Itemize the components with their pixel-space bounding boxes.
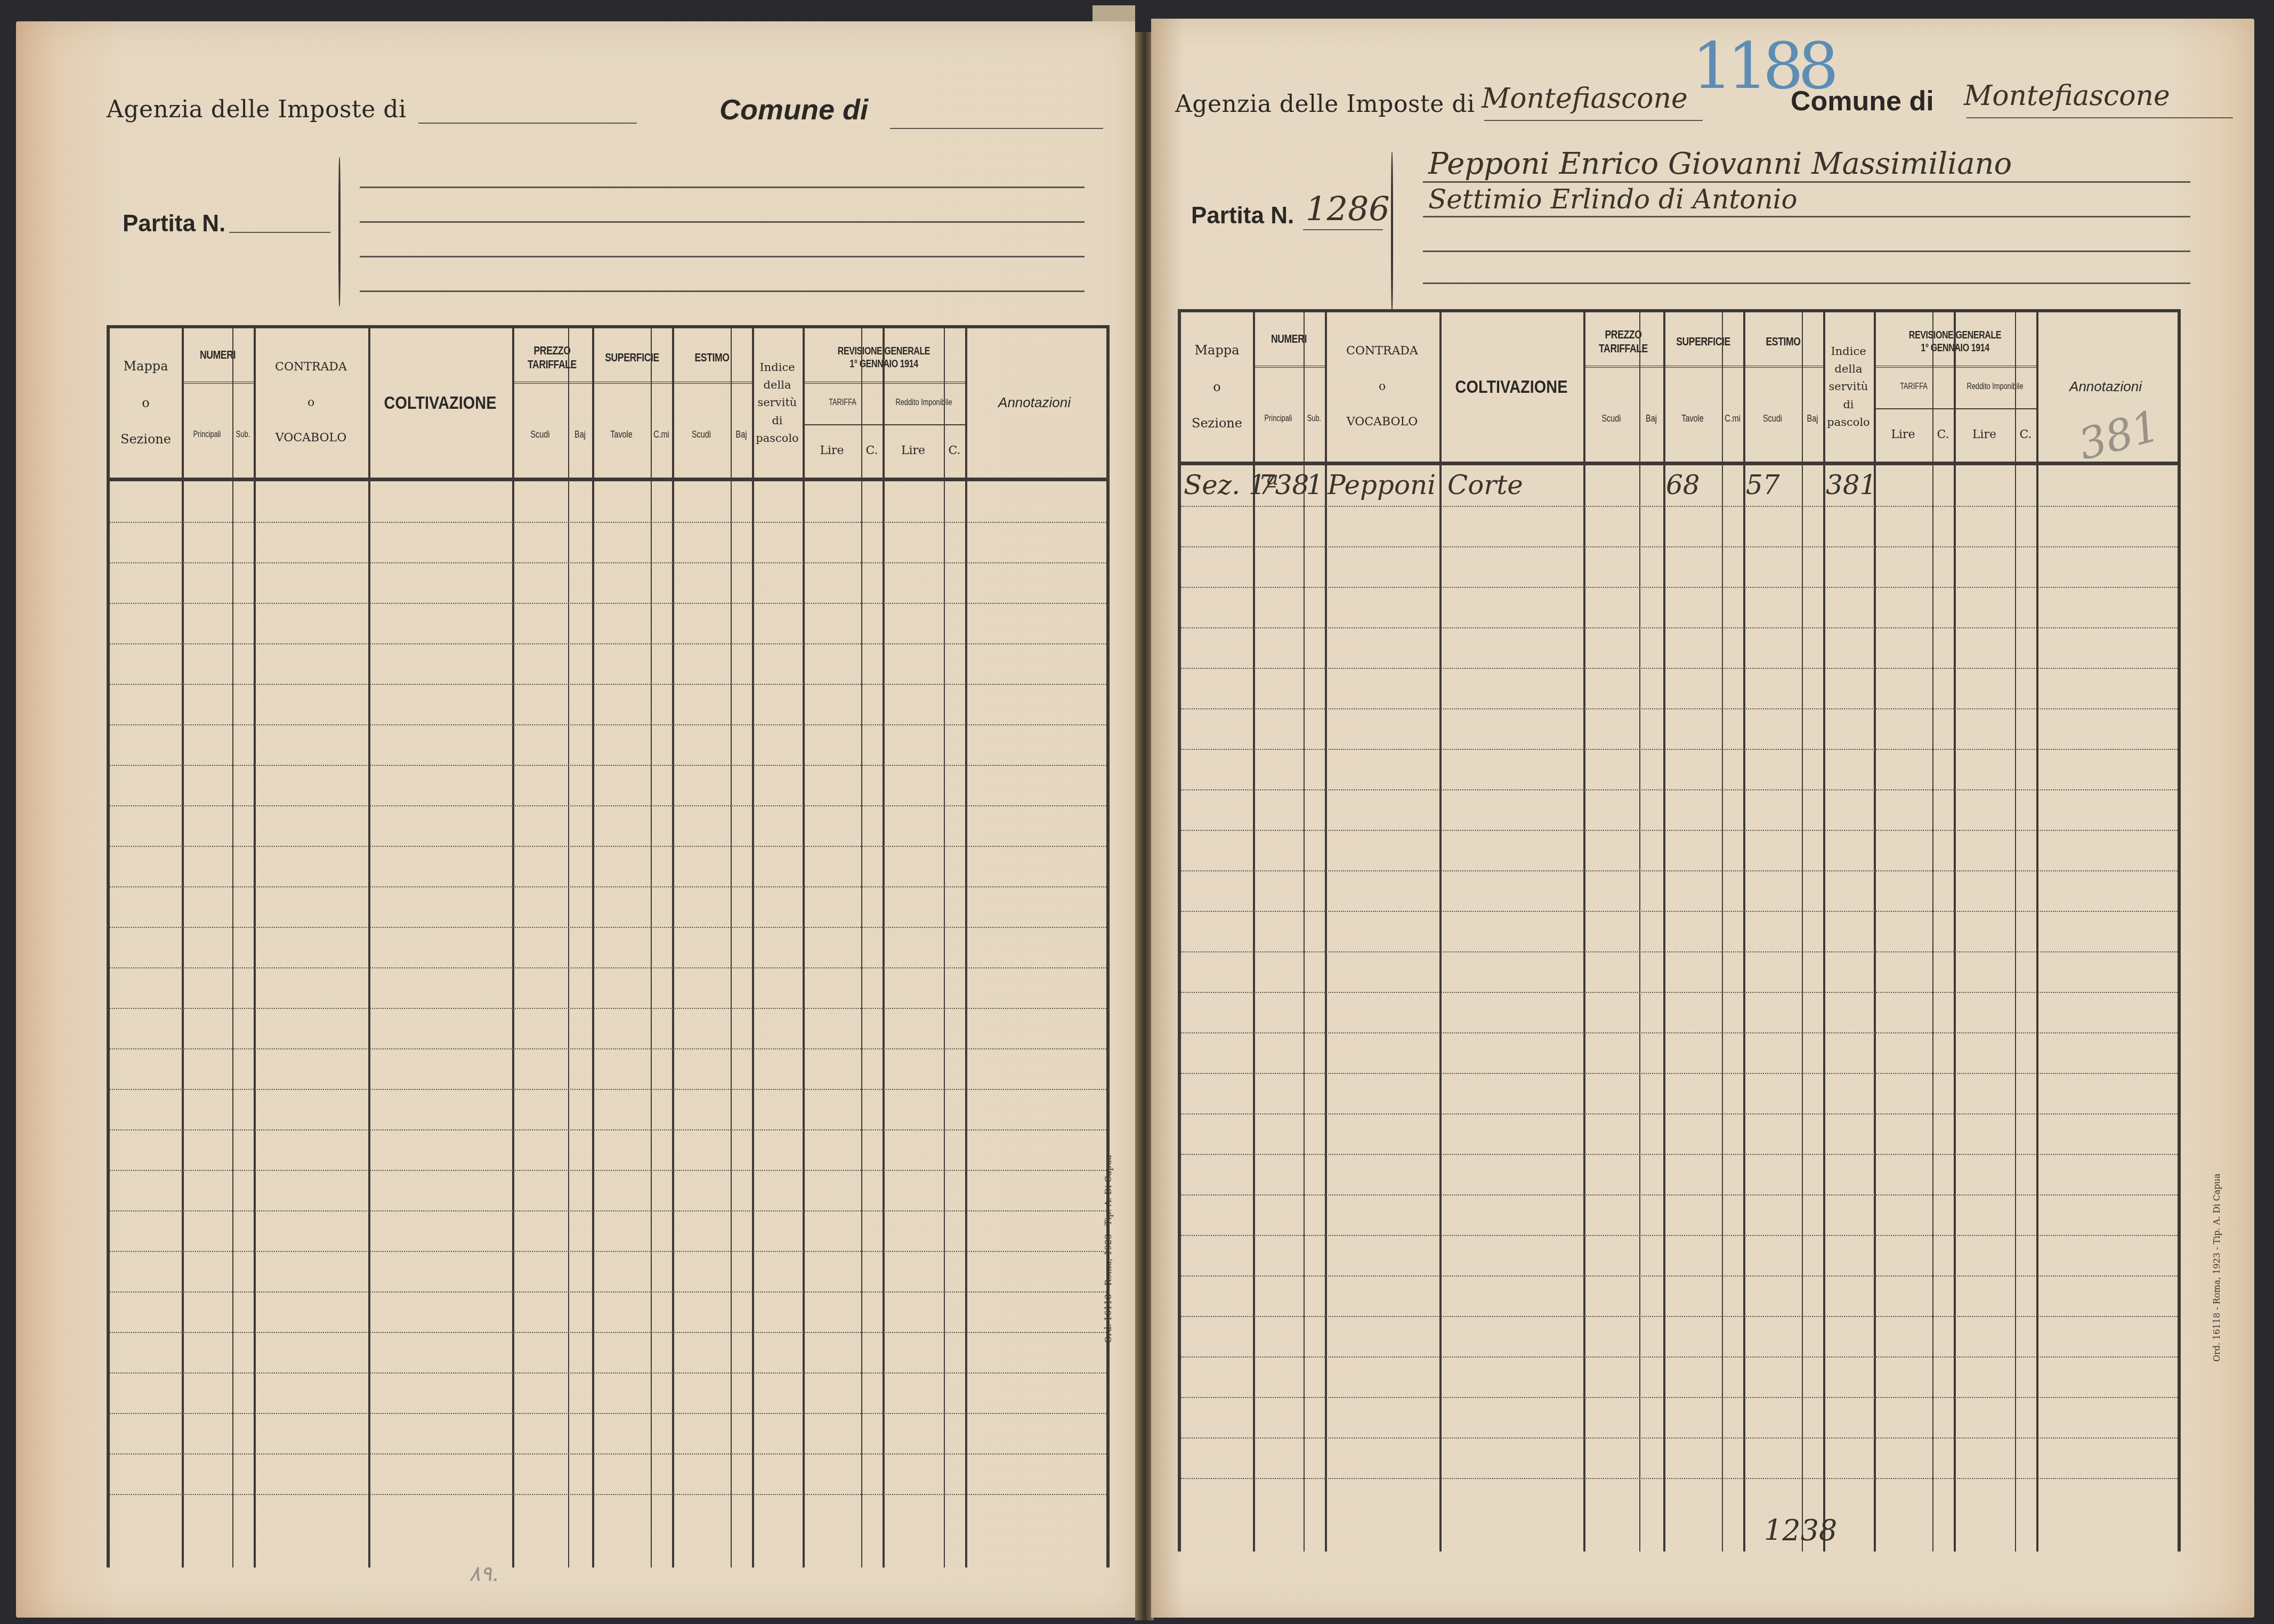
header-reddito-lire: Lire (1954, 411, 2015, 459)
column-rule (1439, 312, 1442, 1552)
header-estimo-baj: Baj (733, 408, 750, 462)
partita-label: Partita N. (123, 211, 225, 237)
table-row[interactable] (110, 1291, 1106, 1292)
brace (1391, 152, 1393, 312)
header-superficie: SUPERFICIE (600, 334, 664, 382)
table-row[interactable] (110, 967, 1106, 968)
header-tariffa-c: C. (1932, 411, 1954, 459)
table-row[interactable] (1181, 789, 2178, 790)
table-row[interactable] (1181, 870, 2178, 871)
bottom-handwritten-number: 1238 (1764, 1514, 1837, 1547)
table-row[interactable] (1181, 1073, 2178, 1074)
column-rule (254, 328, 256, 1568)
header-sub: Sub. (1306, 392, 1323, 446)
header-tariffa-c: C. (861, 427, 883, 475)
table-row[interactable] (110, 684, 1106, 685)
header-cmi: C.mi (653, 408, 670, 462)
header-tariffa-lire: Lire (803, 427, 861, 475)
column-rule (752, 328, 754, 1568)
partita-field[interactable] (229, 232, 330, 233)
header-sub: Sub. (234, 408, 252, 462)
pencil-marks: ٨٩. (469, 1562, 499, 1586)
header-prezzo-baj: Baj (571, 408, 590, 462)
header-numeri: NUMERI (189, 339, 247, 371)
column-rule (651, 328, 652, 1568)
table-row[interactable] (1181, 1356, 2178, 1358)
table-row[interactable] (110, 603, 1106, 604)
brace (338, 157, 341, 306)
table-row[interactable] (110, 765, 1106, 766)
table-row[interactable] (110, 1008, 1106, 1009)
header-estimo-scudi: Scudi (1749, 392, 1796, 446)
header-tavole: Tavole (1669, 392, 1716, 446)
column-rule (512, 328, 514, 1568)
table-header: MappaoSezione NUMERI Principali Sub. CON… (1181, 312, 2178, 465)
header-estimo-scudi: Scudi (678, 408, 725, 462)
row-1-cell-tav[interactable]: 68 (1666, 470, 1700, 500)
table-row[interactable] (110, 1089, 1106, 1090)
column-rule (1722, 312, 1723, 1552)
header-indice: Indicedellaservitùdipascolo (1823, 312, 1874, 462)
table-row[interactable] (110, 1170, 1106, 1171)
partita-underline (1303, 229, 1383, 230)
column-rule (2015, 312, 2016, 1552)
header-contrada: CONTRADAoVOCABOLO (1325, 312, 1439, 462)
agenzia-value[interactable]: Montefiascone (1482, 83, 1688, 115)
header-estimo-baj: Baj (1804, 392, 1821, 446)
table-row[interactable] (1181, 1113, 2178, 1114)
header-prezzo: PREZZOTARIFFALE (1591, 318, 1655, 366)
left-page: Agenzia delle Imposte di Comune di Parti… (16, 21, 1135, 1618)
table-row[interactable] (110, 805, 1106, 806)
table-row[interactable] (1181, 546, 2178, 547)
right-page: 1188 Agenzia delle Imposte di Montefiasc… (1151, 19, 2254, 1618)
table-row[interactable] (110, 1372, 1106, 1373)
column-rule (1743, 312, 1745, 1552)
owner-rule-2 (1423, 216, 2190, 217)
header-coltivazione: COLTIVAZIONE (1450, 312, 1573, 462)
header-superficie: SUPERFICIE (1671, 318, 1735, 366)
table-row[interactable] (1181, 1154, 2178, 1155)
owner-line-4[interactable] (360, 290, 1085, 292)
header-tariffa-lire: Lire (1874, 411, 1932, 459)
column-rule (1639, 312, 1640, 1552)
table-row[interactable] (1181, 749, 2178, 750)
table-row[interactable] (110, 927, 1106, 928)
column-rule (368, 328, 370, 1568)
row-1-cell-colt[interactable]: Corte (1447, 470, 1523, 500)
agenzia-label: Agenzia delle Imposte di (107, 96, 406, 123)
table-row[interactable] (110, 1210, 1106, 1211)
comune-label: Comune di (1791, 85, 1934, 117)
agenzia-underline (1484, 120, 1703, 121)
parcel-table-left: MappaoSezione NUMERI Principali Sub. CON… (107, 325, 1110, 1568)
column-rule (861, 328, 862, 1568)
header-estimo: ESTIMO (680, 334, 744, 382)
column-rule (944, 328, 945, 1568)
row-1-cell-num[interactable]: 738 (1258, 470, 1309, 500)
owner-line-4[interactable] (1423, 282, 2190, 284)
comune-label: Comune di (719, 93, 868, 126)
column-rule (1583, 312, 1585, 1552)
column-rule (1823, 312, 1825, 1552)
column-rule (182, 328, 184, 1568)
comune-field[interactable] (890, 128, 1103, 129)
table-row[interactable] (110, 1453, 1106, 1455)
partita-value[interactable]: 1286 (1306, 189, 1390, 228)
header-coltivazione: COLTIVAZIONE (379, 328, 501, 478)
header-mappa: MappaoSezione (110, 328, 182, 478)
table-row[interactable] (1181, 1316, 2178, 1317)
row-1-cell-ind[interactable]: 381 (1826, 470, 1876, 500)
table-row[interactable] (110, 846, 1106, 847)
owner-line-2[interactable] (360, 221, 1085, 223)
table-row[interactable] (110, 1332, 1106, 1333)
header-prezzo-scudi: Scudi (1589, 392, 1634, 446)
column-rule (1802, 312, 1803, 1552)
table-row[interactable] (110, 1251, 1106, 1252)
table-row[interactable] (110, 724, 1106, 725)
header-principali: Principali (1258, 392, 1299, 446)
header-reddito: Reddito Imponibile (891, 387, 957, 419)
owner-line-1[interactable]: Pepponi Enrico Giovanni Massimiliano (1428, 147, 2012, 181)
owner-line-3[interactable] (360, 256, 1085, 257)
owner-line-2[interactable]: Settimio Erlindo di Antonio (1428, 184, 1798, 215)
header-reddito-lire: Lire (883, 427, 944, 475)
header-prezzo-scudi: Scudi (518, 408, 563, 462)
table-row[interactable] (110, 886, 1106, 887)
table-header: MappaoSezione NUMERI Principali Sub. CON… (110, 328, 1106, 481)
column-rule (2036, 312, 2038, 1552)
header-mappa: MappaoSezione (1181, 312, 1253, 462)
header-reddito-c: C. (2015, 411, 2036, 459)
partita-label: Partita N. (1191, 203, 1294, 229)
table-row[interactable] (1181, 830, 2178, 831)
table-row[interactable] (1181, 992, 2178, 993)
table-row[interactable] (110, 1129, 1106, 1130)
printer-imprint: Ord. 16118 - Roma, 1923 - Tip. A. Di Cap… (1103, 1155, 1113, 1343)
column-rule (672, 328, 674, 1568)
table-row[interactable] (1181, 1235, 2178, 1236)
table-row[interactable] (1181, 1194, 2178, 1195)
table-row[interactable] (1181, 951, 2178, 952)
comune-value[interactable]: Montefiascone (1964, 80, 2170, 112)
owner-rule-1 (1423, 181, 2190, 183)
agenzia-field[interactable] (418, 123, 637, 124)
table-row[interactable] (1181, 587, 2178, 588)
agenzia-label: Agenzia delle Imposte di (1175, 91, 1475, 118)
header-annotazioni: Annotazioni (965, 328, 1104, 478)
header-estimo: ESTIMO (1751, 318, 1815, 366)
table-row[interactable] (1181, 668, 2178, 669)
owner-line-1[interactable] (360, 187, 1085, 188)
column-rule (731, 328, 732, 1568)
header-indice: Indicedellaservitùdipascolo (752, 328, 803, 478)
table-row[interactable] (1181, 1478, 2178, 1479)
table-row[interactable] (110, 1494, 1106, 1495)
header-principali: Principali (187, 408, 228, 462)
table-row[interactable] (1181, 506, 2178, 507)
table-row[interactable] (1181, 1437, 2178, 1439)
header-tariffa: TARIFFA (1882, 371, 1946, 403)
header-prezzo-baj: Baj (1642, 392, 1661, 446)
parcel-table-right: MappaoSezione NUMERI Principali Sub. CON… (1178, 309, 2181, 1552)
header-tavole: Tavole (598, 408, 645, 462)
table-row[interactable] (110, 562, 1106, 563)
row-1-cell-est[interactable]: 57 (1746, 470, 1780, 500)
table-row[interactable] (110, 643, 1106, 644)
table-row[interactable] (1181, 708, 2178, 709)
header-contrada: CONTRADAoVOCABOLO (254, 328, 368, 478)
header-tariffa: TARIFFA (811, 387, 875, 419)
table-row[interactable] (110, 522, 1106, 523)
column-rule (1663, 312, 1665, 1552)
column-rule (1325, 312, 1327, 1552)
row-1-cell-sub[interactable]: 1 (1306, 470, 1323, 500)
column-rule (965, 328, 967, 1568)
header-reddito: Reddito Imponibile (1962, 371, 2028, 403)
column-rule (568, 328, 569, 1568)
column-rule (592, 328, 594, 1568)
column-rule (232, 328, 233, 1568)
table-row[interactable] (1181, 1397, 2178, 1398)
table-row[interactable] (110, 1048, 1106, 1049)
printer-imprint: Ord. 16118 - Roma, 1923 - Tip. A. Di Cap… (2212, 1174, 2222, 1362)
table-row[interactable] (1181, 1032, 2178, 1033)
header-cmi: C.mi (1724, 392, 1741, 446)
header-prezzo: PREZZOTARIFFALE (520, 334, 584, 382)
owner-line-3[interactable] (1423, 251, 2190, 252)
column-rule (1932, 312, 1933, 1552)
table-row[interactable] (1181, 911, 2178, 912)
column-rule (803, 328, 805, 1568)
column-rule (1954, 312, 1956, 1552)
table-row[interactable] (110, 1413, 1106, 1414)
comune-underline (1967, 117, 2233, 118)
header-reddito-c: C. (944, 427, 965, 475)
column-rule (883, 328, 885, 1568)
row-1-cell-contrada[interactable]: Pepponi (1328, 470, 1436, 500)
table-row[interactable] (1181, 1275, 2178, 1276)
table-row[interactable] (1181, 627, 2178, 628)
header-numeri: NUMERI (1260, 323, 1318, 355)
